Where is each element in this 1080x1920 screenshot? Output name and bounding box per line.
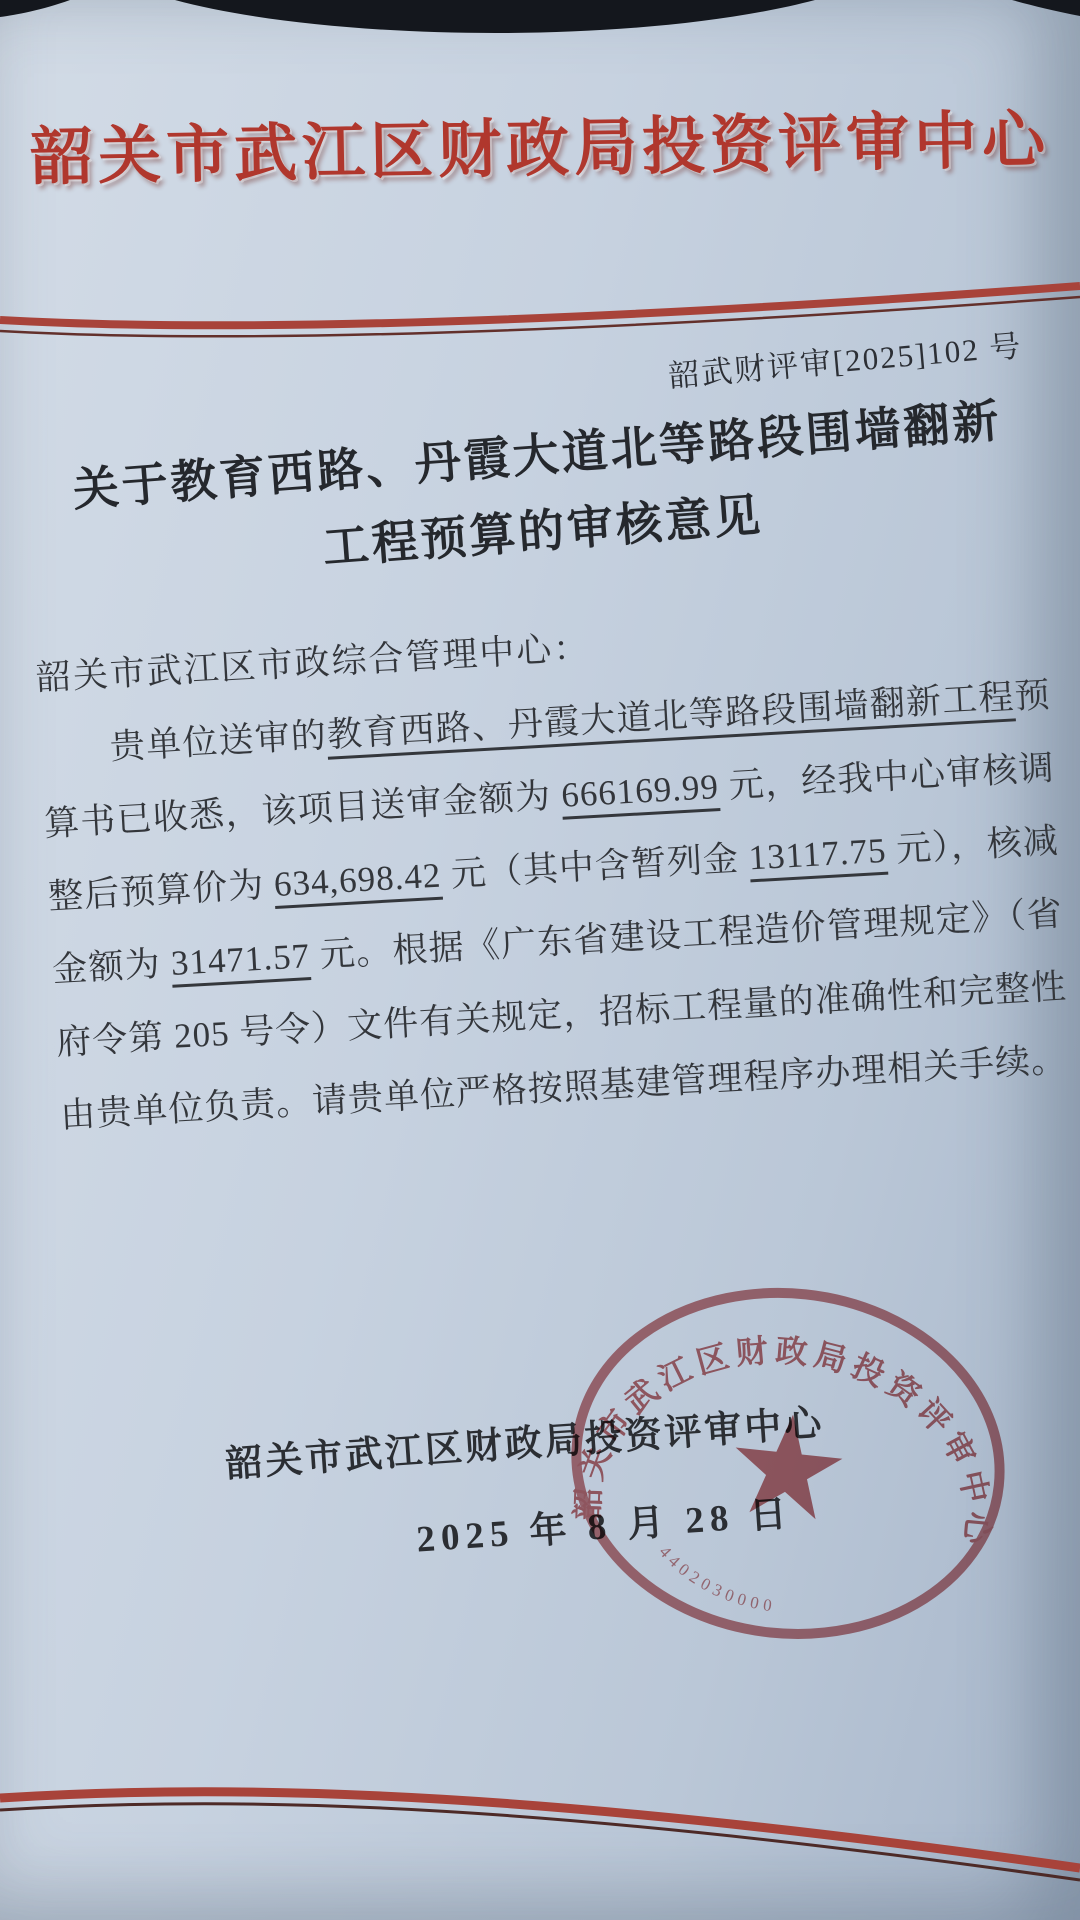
paragraph-after-reviewed: 元（其中含暂列金 [440,838,750,894]
letterhead-title: 韶关市武江区财政局投资评审中心 [0,89,1080,199]
reviewed-amount-underlined: 634,698.42 [273,856,443,909]
official-seal: 韶关市武江区财政局投资评审中心 ★ 4402030000 [539,1255,1047,1692]
background-gap [0,0,1080,60]
submitted-amount-underlined: 666169.99 [560,767,720,820]
paragraph-closing: 元。根据《广东省建设工程造价管理规定》（省府令第 205 号令）文件有关规定，招… [55,894,1068,1135]
seal-star-icon: ★ [717,1385,858,1552]
footer-separator-line [0,1772,1080,1920]
provisional-amount-underlined: 13117.75 [748,831,888,883]
document-body: 韶关市武江区市政综合管理中心： 贵单位送审的教育西路、丹霞大道北等路段围墙翻新工… [34,586,1073,1153]
paragraph-lead: 贵单位送审的 [109,716,328,767]
document-photo: 韶关市武江区财政局投资评审中心 韶武财评审[2025]102 号 关于教育西路、… [0,0,1080,1920]
reduction-amount-underlined: 31471.57 [170,936,311,988]
body-paragraph: 贵单位送审的教育西路、丹霞大道北等路段围墙翻新工程预算书已收悉，该项目送审金额为… [38,658,1073,1152]
